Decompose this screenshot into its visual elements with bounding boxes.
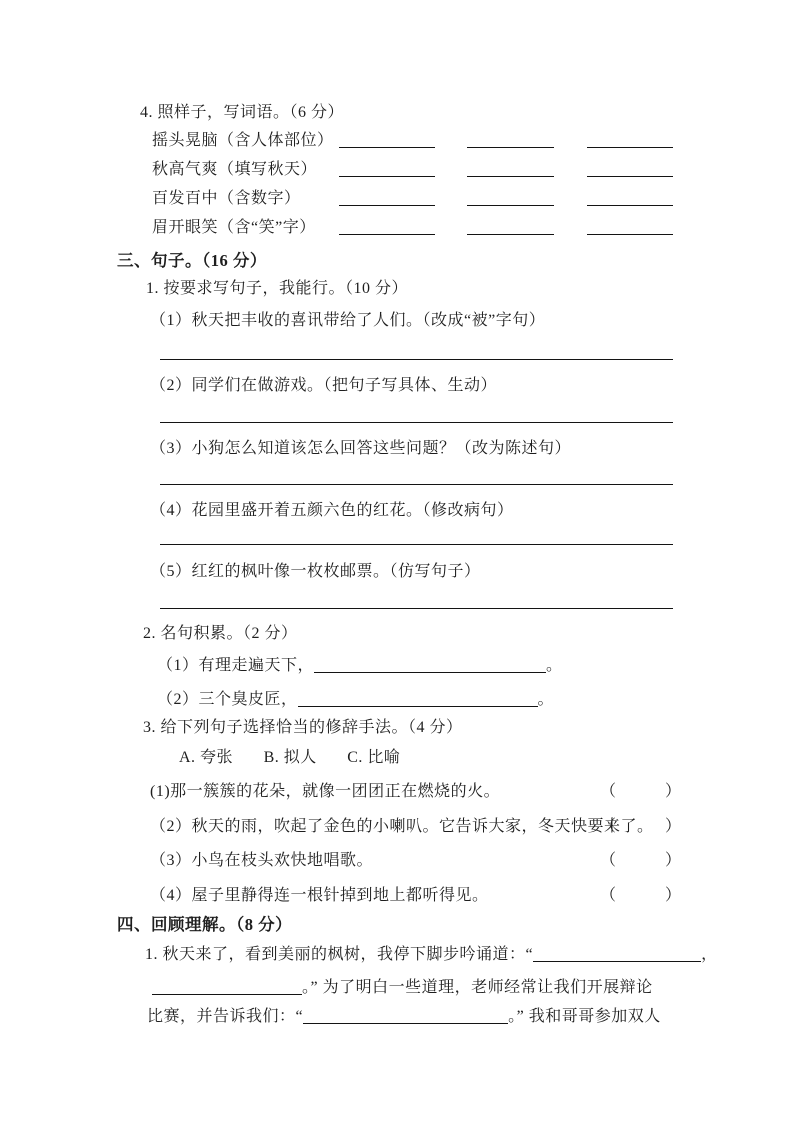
paren-close: ）	[665, 817, 681, 837]
option-c: C. 比喻	[347, 748, 400, 768]
review-line1-punct: ，	[701, 946, 718, 963]
paren-close: ）	[665, 782, 681, 802]
question-item: （4）花园里盛开着五颜六色的红花。（修改病句）	[150, 501, 514, 521]
question-item: （3）小狗怎么知道该怎么回答这些问题？（改为陈述句）	[150, 439, 571, 459]
rhetoric-question: (1)那一簇簇的花朵，就像一团团正在燃烧的火。	[150, 782, 500, 802]
answer-blank	[587, 133, 673, 148]
fill-blank	[152, 979, 302, 995]
fill-blank	[303, 1008, 508, 1024]
paren-close: ）	[665, 851, 681, 871]
answer-line	[160, 608, 673, 609]
answer-blank	[339, 162, 435, 177]
fill-blank	[298, 691, 538, 707]
item1-title: 1. 按要求写句子，我能行。（10 分）	[146, 279, 408, 299]
review-line3-text: 比赛，并告诉我们：“	[147, 1008, 303, 1025]
answer-line	[160, 359, 673, 360]
review-line1-text: 1. 秋天来了，看到美丽的枫树，我停下脚步吟诵道：“	[145, 946, 533, 963]
sentences-section-title: 三、句子。（16 分）	[117, 251, 267, 271]
answer-blank	[587, 162, 673, 177]
paren-open: （	[600, 817, 616, 837]
answer-blank	[467, 191, 554, 206]
fill-suffix: 。	[538, 691, 555, 708]
option-a: A. 夸张	[179, 748, 233, 768]
word-example-label: 百发百中（含数字）	[152, 189, 301, 209]
paren-open: （	[600, 851, 616, 871]
fill-prefix: （1）有理走遍天下，	[157, 657, 314, 674]
answer-line	[160, 484, 673, 485]
word-example-label: 摇头晃脑（含人体部位）	[152, 131, 334, 151]
review-line3-text-end: 。” 我和哥哥参加双人	[508, 1008, 661, 1025]
answer-blank	[339, 191, 435, 206]
review-line-1: 1. 秋天来了，看到美丽的枫树，我停下脚步吟诵道：“，	[145, 945, 718, 965]
question-item: （2）同学们在做游戏。（把句子写具体、生动）	[150, 376, 497, 396]
option-b: B. 拟人	[264, 748, 317, 768]
word-example-label: 眉开眼笑（含“笑”字）	[152, 218, 316, 238]
review-line-3: 比赛，并告诉我们：“。” 我和哥哥参加双人	[147, 1007, 661, 1027]
fill-sentence: （1）有理走遍天下，。	[157, 656, 563, 676]
paren-close: ）	[665, 886, 681, 906]
answer-blank	[467, 133, 554, 148]
answer-blank	[467, 220, 554, 235]
question-item: （5）红红的枫叶像一枚枚邮票。（仿写句子）	[150, 562, 481, 582]
paren-open: （	[600, 782, 616, 802]
answer-blank	[339, 133, 435, 148]
answer-line	[160, 422, 673, 423]
rhetoric-question: （2）秋天的雨，吹起了金色的小喇叭。它告诉大家，冬天快要来了。	[150, 817, 654, 837]
question-item: （1）秋天把丰收的喜讯带给了人们。（改成“被”字句）	[150, 311, 545, 331]
fill-blank	[314, 657, 546, 673]
fill-blank	[533, 946, 701, 962]
word-example-label: 秋高气爽（填写秋天）	[152, 160, 317, 180]
rhetoric-options: A. 夸张 B. 拟人 C. 比喻	[179, 748, 400, 768]
fill-sentence: （2）三个臭皮匠，。	[157, 690, 554, 710]
review-section-title: 四、回顾理解。（8 分）	[117, 915, 292, 935]
answer-blank	[467, 162, 554, 177]
item2-title: 2. 名句积累。（2 分）	[143, 624, 298, 644]
answer-blank	[587, 220, 673, 235]
paren-open: （	[600, 886, 616, 906]
rhetoric-question: （4）屋子里静得连一根针掉到地上都听得见。	[150, 886, 489, 906]
review-line-2: 。” 为了明白一些道理，老师经常让我们开展辩论	[152, 978, 653, 998]
answer-blank	[587, 191, 673, 206]
item3-title: 3. 给下列句子选择恰当的修辞手法。（4 分）	[143, 718, 463, 738]
answer-line	[160, 544, 673, 545]
fill-prefix: （2）三个臭皮匠，	[157, 691, 298, 708]
answer-blank	[339, 220, 435, 235]
exam-paper-page: 4. 照样子，写词语。（6 分） 摇头晃脑（含人体部位） 秋高气爽（填写秋天） …	[0, 0, 793, 1122]
fill-suffix: 。	[546, 657, 563, 674]
review-line2-text: 。” 为了明白一些道理，老师经常让我们开展辩论	[302, 979, 653, 996]
rhetoric-question: （3）小鸟在枝头欢快地唱歌。	[150, 851, 373, 871]
words-section-title: 4. 照样子，写词语。（6 分）	[140, 103, 344, 123]
